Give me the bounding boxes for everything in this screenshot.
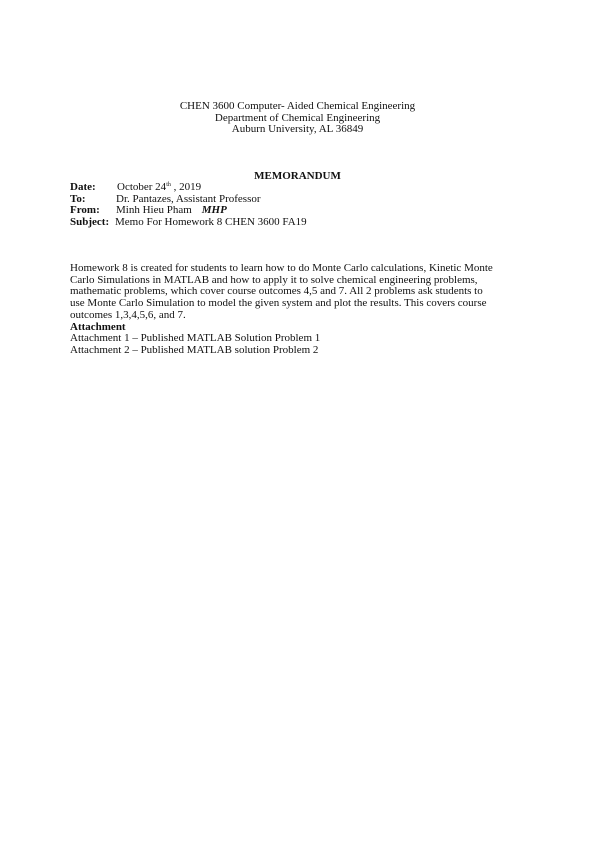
body-line: outcomes 1,3,4,5,6, and 7. [70,310,530,322]
date-value: October 24th , 2019 [117,182,201,194]
course-title: CHEN 3600 Computer- Aided Chemical Engin… [0,101,595,113]
subject-row: Subject: Memo For Homework 8 CHEN 3600 F… [70,217,307,229]
subject-label: Subject: [70,217,115,229]
university-address: Auburn University, AL 36849 [0,124,595,136]
subject-value: Memo For Homework 8 CHEN 3600 FA19 [115,217,307,229]
letterhead: CHEN 3600 Computer- Aided Chemical Engin… [0,101,595,136]
date-row: Date: October 24th , 2019 [70,182,307,194]
memo-fields: Date: October 24th , 2019 To: Dr. Pantaz… [70,182,307,228]
date-main: October 24 [117,181,166,193]
memo-body: Homework 8 is created for students to le… [70,263,530,357]
date-label: Date: [70,182,117,194]
body-line: Homework 8 is created for students to le… [70,263,530,275]
attachment-item: Attachment 2 – Published MATLAB solution… [70,345,530,357]
date-year: , 2019 [171,181,201,193]
